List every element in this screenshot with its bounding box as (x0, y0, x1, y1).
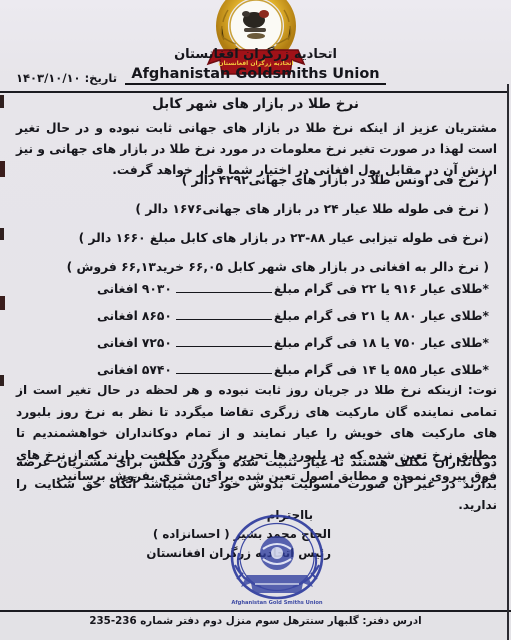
scan-blot-artifact (0, 296, 5, 310)
scan-blot-artifact (0, 228, 4, 240)
fill-in-line (176, 336, 272, 347)
fill-in-line (176, 309, 272, 320)
gram-rate-label: *طلای عیار ۹۱۶ یا ۲۲ فی گرام مبلغ (274, 282, 489, 296)
gram-rate-currency: افغانی (97, 309, 138, 323)
gram-rate-price: ۵۷۴۰ (142, 363, 172, 377)
rate-line-ounce: ( نرخ فی اونس طلا در بازار های جهانی۴۲۹۲… (20, 166, 489, 195)
gram-rates-list: *طلای عیار ۹۱۶ یا ۲۲ فی گرام مبلغ۹۰۳۰افغ… (20, 276, 489, 384)
gram-rate-label: *طلای عیار ۵۸۵ یا ۱۴ فی گرام مبلغ (274, 363, 489, 377)
market-rates-list: ( نرخ فی اونس طلا در بازار های جهانی۴۲۹۲… (20, 166, 489, 282)
gram-rate-label: *طلای عیار ۷۵۰ یا ۱۸ فی گرام مبلغ (274, 336, 489, 350)
rate-line-tola-24k: ( نرخ فی طوله طلا عیار ۲۴ در بازار های ج… (20, 195, 489, 224)
gram-rate-currency: افغانی (97, 336, 138, 350)
date-label: تاریخ: (85, 71, 117, 85)
gram-rate-750: *طلای عیار ۷۵۰ یا ۱۸ فی گرام مبلغ۷۲۵۰افغ… (20, 330, 489, 357)
gram-rate-880: *طلای عیار ۸۸۰ یا ۲۱ فی گرام مبلغ۸۶۵۰افغ… (20, 303, 489, 330)
union-stamp-graphic: Afghanistan Gold Smiths Union (219, 513, 335, 613)
scan-edge-artifact (507, 84, 509, 640)
date-value: ۱۴۰۳/۱۰/۱۰ (16, 71, 81, 85)
scan-blot-artifact (0, 95, 4, 108)
gram-rate-price: ۹۰۳۰ (142, 282, 172, 296)
scan-blot-artifact (0, 161, 5, 177)
gram-rate-currency: افغانی (97, 363, 138, 377)
office-address: ادرس دفتر: گلبهار سنترهل سوم منزل دوم دف… (0, 615, 511, 627)
gram-rate-price: ۸۶۵۰ (142, 309, 172, 323)
date-line: تاریخ: ۱۴۰۳/۱۰/۱۰ (16, 71, 166, 85)
union-name-persian: اتحادیه زرگران افغانستان (0, 47, 511, 62)
rate-line-tola-acid: (نرخ فی طوله تیزابی عیار ۸۸-۲۳ در بازار … (20, 224, 489, 253)
gram-rate-currency: افغانی (97, 282, 138, 296)
fill-in-line (176, 363, 272, 374)
gram-rate-916: *طلای عیار ۹۱۶ یا ۲۲ فی گرام مبلغ۹۰۳۰افغ… (20, 276, 489, 303)
union-stamp-seal: Afghanistan Gold Smiths Union (219, 513, 335, 613)
fill-in-line (176, 282, 272, 293)
notice-title: نرخ طلا در بازار های شهر کابل (0, 96, 511, 112)
gram-rate-label: *طلای عیار ۸۸۰ یا ۲۱ فی گرام مبلغ (274, 309, 489, 323)
stamp-ring-text: Afghanistan Gold Smiths Union (231, 600, 323, 606)
scan-blot-artifact (0, 375, 4, 386)
gram-rate-price: ۷۲۵۰ (142, 336, 172, 350)
header-divider-line (0, 91, 509, 93)
scanned-notice-page: اتحادیه زرگران افغانستان اتحادیه زرگران … (0, 0, 511, 640)
